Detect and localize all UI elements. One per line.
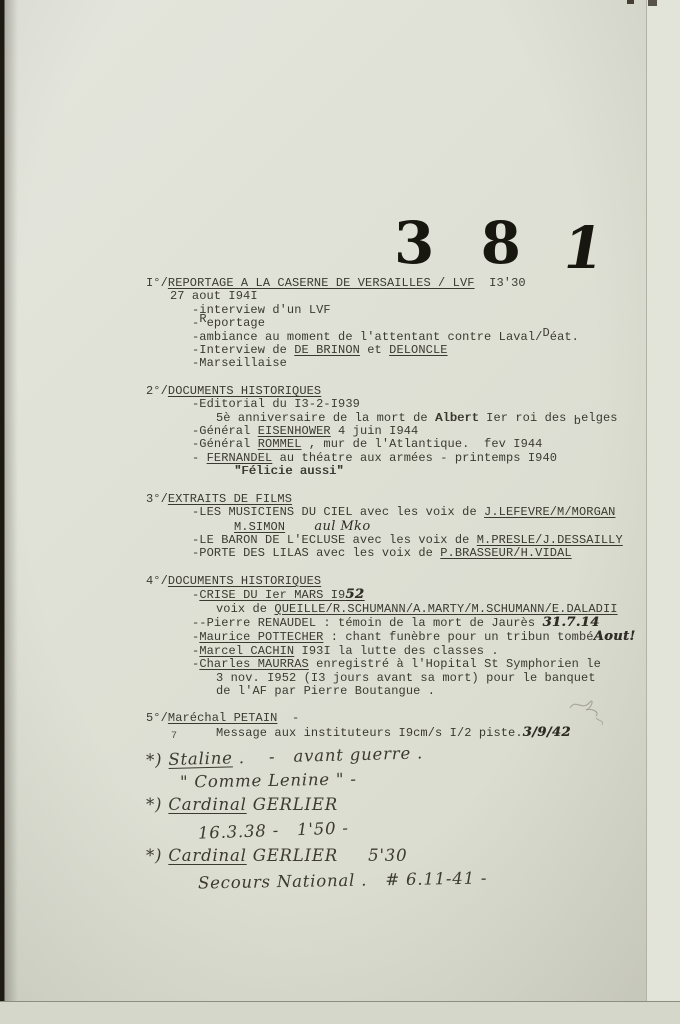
text-segment: -ambiance au moment de l'attentant contr…	[192, 330, 542, 344]
section-heading: 4°/DOCUMENTS HISTORIQUES	[146, 575, 680, 588]
text-segment: 16.3.38 - 1'50 -	[198, 818, 349, 842]
page-right-edge-line	[646, 0, 647, 1002]
text-segment: -Marseillaise	[192, 356, 287, 370]
text-segment: *)	[146, 846, 168, 865]
text-segment: -LES MUSICIENS DU CIEL avec les voix de	[192, 505, 484, 519]
scan-speck	[648, 0, 657, 6]
section-heading: 2°/DOCUMENTS HISTORIQUES	[146, 385, 680, 398]
text-segment: Marcel CACHIN	[199, 644, 294, 658]
stamp-digit: 8	[481, 214, 521, 272]
typed-line: -ambiance au moment de l'attentant contr…	[192, 331, 680, 344]
typed-line: -Charles MAURRAS enregistré à l'Hopital …	[192, 658, 680, 671]
typed-line: -LES MUSICIENS DU CIEL avec les voix de …	[192, 506, 680, 519]
text-segment: ROMMEL	[258, 437, 302, 451]
text-segment: 31.7.14	[542, 615, 599, 630]
text-segment: GERLIER	[247, 795, 338, 814]
handwritten-line: *) Staline . - avant guerre .	[146, 743, 424, 769]
text-segment: elges	[581, 411, 618, 425]
text-segment: GERLIER 5'30	[247, 846, 408, 865]
text-segment: 5°/	[146, 711, 168, 725]
text-segment: Maréchal PETAIN	[168, 711, 278, 725]
scanned-page: 3 8 1 I°/REPORTAGE A LA CASERNE DE VERSA…	[0, 0, 680, 1024]
text-segment: I°/	[146, 276, 168, 290]
typed-line: -Interview de DE BRINON et DELONCLE	[192, 344, 680, 357]
text-segment: -	[192, 451, 207, 465]
text-segment: DE BRINON	[294, 343, 360, 357]
text-segment: enregistré à l'Hopital St Symphorien le	[309, 657, 601, 671]
text-segment: -LE BARON DE L'ECLUSE avec les voix de	[192, 533, 477, 547]
text-segment: "Félicie aussi"	[234, 464, 344, 478]
text-segment: *)	[146, 795, 168, 814]
text-segment: 4°/	[146, 574, 168, 588]
typed-line: M.SIMON aul Mko	[234, 520, 680, 534]
handwritten-line: 16.3.38 - 1'50 -	[198, 818, 349, 842]
typed-line: - FERNANDEL au théatre aux armées - prin…	[192, 452, 680, 465]
text-segment: J.LEFEVRE/M/MORGAN	[484, 505, 615, 519]
stamp-digit: 3	[394, 214, 434, 272]
typed-line: 27 aout I94I	[170, 290, 680, 303]
text-segment: 4 juin I944	[331, 424, 419, 438]
document-section: 3°/EXTRAITS DE FILMS-LES MUSICIENS DU CI…	[0, 493, 680, 561]
handwritten-line: " Comme Lenine " -	[180, 769, 357, 791]
page-bottom-strip	[0, 1002, 680, 1024]
text-segment: , mur de l'Atlantique. fev I944	[302, 437, 543, 451]
pencil-mark-7: 7	[171, 731, 177, 742]
document-section: I°/REPORTAGE A LA CASERNE DE VERSAILLES …	[0, 277, 680, 371]
text-segment: Aout!	[594, 629, 636, 644]
text-segment: *)	[146, 750, 169, 770]
text-segment: 3 nov. I952 (I3 jours avant sa mort) pou…	[216, 671, 596, 685]
text-segment: de l'AF par Pierre Boutangue .	[216, 684, 435, 698]
handwritten-line: Secours National . # 6.11-41 -	[198, 868, 488, 892]
typed-line: "Félicie aussi"	[234, 465, 680, 478]
text-segment: R	[199, 312, 206, 326]
handwritten-notes: *) Staline . - avant guerre ." Comme Len…	[0, 747, 680, 907]
text-segment: Secours National . # 6.11-41 -	[198, 868, 488, 892]
scan-speck	[627, 0, 634, 4]
typed-line: -LE BARON DE L'ECLUSE avec les voix de M…	[192, 534, 680, 547]
text-segment: EISENHOWER	[258, 424, 331, 438]
text-segment: -Interview de	[192, 343, 294, 357]
text-segment: 5è anniversaire de la mort de	[216, 411, 435, 425]
text-segment: Ier roi des	[479, 411, 574, 425]
text-segment: . - avant guerre .	[232, 743, 423, 767]
text-segment: -PORTE DES LILAS avec les voix de	[192, 546, 440, 560]
text-segment: 2°/	[146, 384, 168, 398]
text-segment: M.SIMON	[234, 520, 285, 534]
text-segment: --Pierre RENAUDEL : témoin de la mort de…	[192, 616, 542, 630]
stamp-digit: 1	[558, 219, 609, 277]
typed-line: -Marcel CACHIN I93I la lutte des classes…	[192, 645, 680, 658]
text-segment: M.PRESLE/J.DESSAILLY	[477, 533, 623, 547]
typed-line: -Marseillaise	[192, 357, 680, 370]
typed-line: -Maurice POTTECHER : chant funèbre pour …	[192, 630, 680, 644]
text-segment: FERNANDEL	[207, 451, 273, 465]
page-left-edge	[0, 0, 18, 1024]
text-segment: -Editorial du I3-2-I939	[192, 397, 360, 411]
document-section: 4°/DOCUMENTS HISTORIQUES-CRISE DU Ier MA…	[0, 575, 680, 699]
text-segment: " Comme Lenine " -	[180, 769, 357, 791]
typed-line: 5è anniversaire de la mort de Albert Ier…	[216, 412, 680, 425]
text-segment: I3'30	[475, 276, 526, 290]
text-segment: -	[277, 711, 299, 725]
page-right-margin	[647, 0, 680, 1002]
text-segment: Charles MAURRAS	[199, 657, 309, 671]
text-segment: D	[542, 326, 549, 340]
text-segment: Cardinal	[168, 846, 246, 865]
text-segment: -Général	[192, 437, 258, 451]
typed-line: --Pierre RENAUDEL : témoin de la mort de…	[192, 616, 680, 630]
text-segment: eportage	[207, 316, 265, 330]
text-segment: QUEILLE/R.SCHUMANN/A.MARTY/M.SCHUMANN/E.…	[274, 602, 617, 616]
typed-line: -Général ROMMEL , mur de l'Atlantique. f…	[192, 438, 680, 451]
typed-line: -Editorial du I3-2-I939	[192, 398, 680, 411]
text-segment: 3/9/42	[523, 725, 571, 740]
typed-sections: I°/REPORTAGE A LA CASERNE DE VERSAILLES …	[0, 277, 680, 740]
text-segment: 52	[345, 587, 364, 602]
pencil-scribble	[566, 692, 622, 732]
text-segment	[285, 520, 314, 534]
text-segment: 27 aout I94I	[170, 289, 258, 303]
text-segment: éat.	[550, 330, 579, 344]
text-segment: au théatre aux armées - printemps I940	[272, 451, 557, 465]
text-segment: et	[360, 343, 389, 357]
typed-line: voix de QUEILLE/R.SCHUMANN/A.MARTY/M.SCH…	[216, 603, 680, 616]
typed-line: -PORTE DES LILAS avec les voix de P.BRAS…	[192, 547, 680, 560]
handwritten-line: *) Cardinal GERLIER	[146, 795, 338, 814]
text-segment: aul Mko	[314, 519, 370, 534]
text-segment: DOCUMENTS HISTORIQUES	[168, 384, 321, 398]
section-heading: I°/REPORTAGE A LA CASERNE DE VERSAILLES …	[146, 277, 680, 290]
text-segment: Maurice POTTECHER	[199, 630, 323, 644]
text-segment: EXTRAITS DE FILMS	[168, 492, 292, 506]
typed-line: -Reportage	[192, 317, 680, 330]
text-segment: : chant funèbre pour un tribun tombé	[323, 630, 593, 644]
text-segment: Cardinal	[168, 795, 246, 814]
typed-line: -interview d'un LVF	[192, 304, 680, 317]
handwritten-line: *) Cardinal GERLIER 5'30	[146, 846, 407, 865]
text-segment: I93I la lutte des classes .	[294, 644, 498, 658]
text-segment: 3°/	[146, 492, 168, 506]
text-segment: Albert	[435, 411, 479, 425]
text-segment: b	[574, 414, 581, 428]
typed-line: -CRISE DU Ier MARS I952	[192, 588, 680, 602]
text-segment: -Général	[192, 424, 258, 438]
page-number-stamp: 3 8 1	[394, 214, 603, 276]
text-segment: DELONCLE	[389, 343, 447, 357]
text-segment: Staline	[168, 748, 233, 769]
section-heading: 3°/EXTRAITS DE FILMS	[146, 493, 680, 506]
text-segment: voix de	[216, 602, 274, 616]
text-segment: P.BRASSEUR/H.VIDAL	[440, 546, 571, 560]
text-segment: Message aux instituteurs I9cm/s I/2 pist…	[216, 726, 523, 740]
document-section: 2°/DOCUMENTS HISTORIQUES-Editorial du I3…	[0, 385, 680, 479]
text-segment: REPORTAGE A LA CASERNE DE VERSAILLES / L…	[168, 276, 475, 290]
text-segment: -interview d'un LVF	[192, 303, 331, 317]
typed-line: -Général EISENHOWER 4 juin I944	[192, 425, 680, 438]
text-segment: CRISE DU Ier MARS I9	[199, 588, 345, 602]
text-segment: DOCUMENTS HISTORIQUES	[168, 574, 321, 588]
typed-line: 3 nov. I952 (I3 jours avant sa mort) pou…	[216, 672, 680, 685]
